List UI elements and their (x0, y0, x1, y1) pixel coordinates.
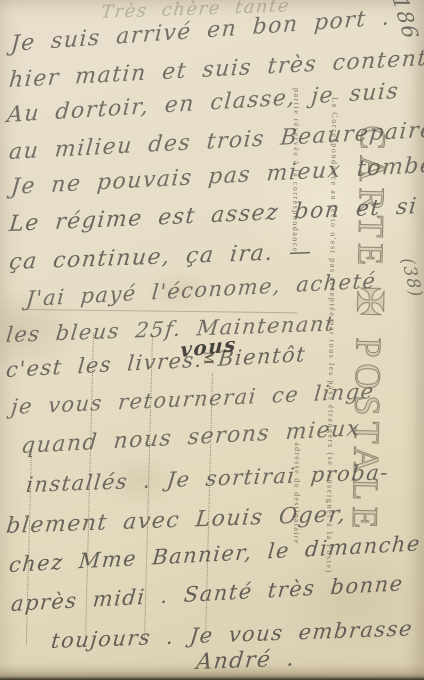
message-line: chez Mme Bannier, le dimanche (8, 531, 422, 577)
message-line: J'ai payé l'économe, acheté (25, 268, 377, 311)
message-line: les bleus 25f. Maintenant (5, 311, 336, 347)
message-line: ça continue, ça ira. — (8, 239, 314, 275)
message-line: c'est les livres. Bientôt (5, 342, 307, 382)
message-line: quand nous serons mieux (20, 416, 362, 459)
postcard-back-scan: CARTE ✠ POSTALE partie réservée à la cor… (0, 0, 424, 680)
message-line: je vous retournerai ce linge (10, 379, 376, 419)
message-line: installés . Je sortirai proba- (25, 460, 390, 497)
handwritten-side-number: (38) (397, 257, 424, 299)
address-divider-line (25, 309, 297, 313)
message-line: toujours . Je vous embrasse (50, 616, 414, 653)
card-bottom-edge (0, 664, 424, 680)
handwritten-corner-number: 186 (387, 0, 423, 42)
